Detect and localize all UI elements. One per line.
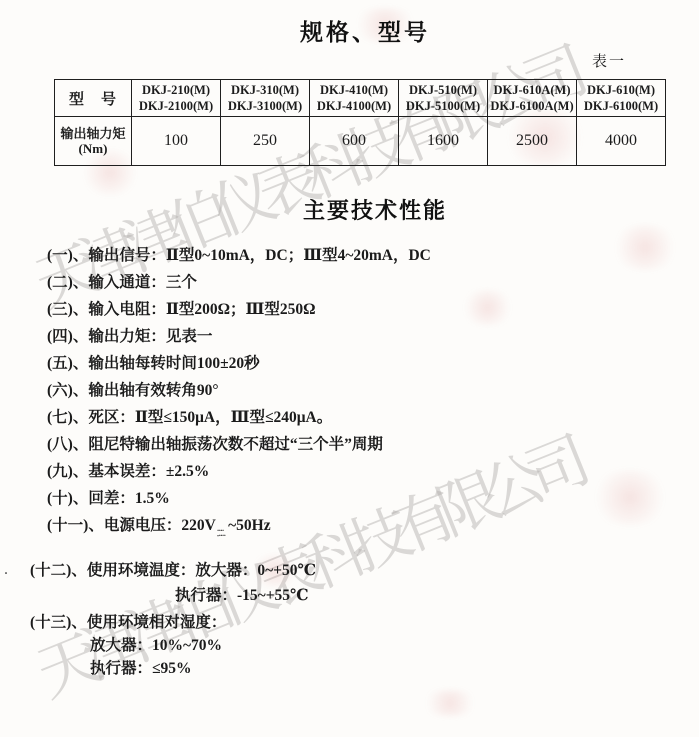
model-cell: DKJ-510(M) DKJ-5100(M) [399, 80, 488, 117]
model-row-header-cell: 型 号 [55, 80, 132, 117]
model-name: DKJ-610A(M) [489, 82, 575, 98]
voltage-tolerance-sub: -···· [217, 533, 225, 538]
model-name: DKJ-210(M) [133, 82, 219, 98]
model-name: DKJ-510(M) [400, 82, 486, 98]
spec-item-13-line2: 放大器：10%~70% [30, 637, 667, 655]
table-row: 型 号 DKJ-210(M) DKJ-2100(M) DKJ-310(M) DK… [55, 80, 666, 117]
model-name: DKJ-5100(M) [400, 98, 486, 114]
scanned-document-page: 天津津伯仪表科技有限公司 天津津伯仪表科技有限公司 规格、型号 表一 型 号 D… [0, 0, 699, 737]
model-cell: DKJ-610(M) DKJ-6100(M) [577, 80, 666, 117]
spec-item-10: (十)、回差：1.5% [47, 490, 667, 508]
model-cell: DKJ-410(M) DKJ-4100(M) [310, 80, 399, 117]
spec-item-11-text: (十一)、电源电压：220V [47, 517, 216, 534]
torque-value-cell: 600 [310, 117, 399, 166]
technical-spec-list: (一)、输出信号：Ⅱ型0~10mA，DC；Ⅲ型4~20mA，DC (二)、输入通… [47, 247, 667, 687]
model-name: DKJ-310(M) [222, 82, 308, 98]
table-row: 输出轴力矩 (Nm) 100 250 600 1600 2500 4000 [55, 117, 666, 166]
spec-item-11-suffix: ~50Hz [228, 517, 271, 534]
model-name: DKJ-6100A(M) [489, 98, 575, 114]
model-name: DKJ-3100(M) [222, 98, 308, 114]
spec-item-11: (十一)、电源电压：220V····-····~50Hz [47, 517, 667, 538]
model-name: DKJ-6100(M) [578, 98, 664, 114]
model-name: DKJ-610(M) [578, 82, 664, 98]
model-spec-table: 型 号 DKJ-210(M) DKJ-2100(M) DKJ-310(M) DK… [54, 79, 666, 166]
model-cell: DKJ-610A(M) DKJ-6100A(M) [488, 80, 577, 117]
spec-item-4: (四)、输出力矩：见表一 [47, 328, 667, 346]
model-row-header-label: 型 号 [69, 92, 117, 108]
spec-item-3: (三)、输入电阻：Ⅱ型200Ω；Ⅲ型250Ω [47, 301, 667, 319]
torque-row-header-label: 输出轴力矩 [56, 126, 130, 141]
page-title: 规格、型号 [0, 14, 699, 47]
torque-value-cell: 100 [132, 117, 221, 166]
torque-value-cell: 1600 [399, 117, 488, 166]
spec-item-12: · (十二)、使用环境温度：放大器：0~+50℃ 执行器：-15~+55℃ [30, 562, 667, 605]
spec-item-8: (八)、阻尼特输出轴振荡次数不超过“三个半”周期 [47, 436, 667, 454]
spec-item-2: (二)、输入通道：三个 [47, 274, 667, 292]
spec-item-13-line1: (十三)、使用环境相对湿度： [30, 614, 667, 632]
spec-item-7: (七)、死区：Ⅱ型≤150μA，Ⅲ型≤240μA。 [47, 409, 667, 427]
spec-item-9: (九)、基本误差：±2.5% [47, 463, 667, 481]
scan-dot-artifact: · [4, 564, 8, 582]
scan-noise-blot [420, 690, 480, 716]
torque-value-cell: 4000 [577, 117, 666, 166]
table-caption: 表一 [592, 50, 626, 71]
model-cell: DKJ-210(M) DKJ-2100(M) [132, 80, 221, 117]
torque-row-header-unit: (Nm) [56, 141, 130, 156]
spec-item-12-line2: 执行器：-15~+55℃ [30, 587, 667, 605]
spec-item-5: (五)、输出轴每转时间100±20秒 [47, 355, 667, 373]
spec-item-1: (一)、输出信号：Ⅱ型0~10mA，DC；Ⅲ型4~20mA，DC [47, 247, 667, 265]
spec-item-13: (十三)、使用环境相对湿度： 放大器：10%~70% 执行器：≤95% [30, 614, 667, 678]
torque-row-header-cell: 输出轴力矩 (Nm) [55, 117, 132, 166]
torque-value-cell: 250 [221, 117, 310, 166]
model-name: DKJ-2100(M) [133, 98, 219, 114]
spec-item-12-line1: (十二)、使用环境温度：放大器：0~+50℃ [30, 562, 667, 580]
spec-item-6: (六)、输出轴有效转角90° [47, 382, 667, 400]
model-name: DKJ-410(M) [311, 82, 397, 98]
model-name: DKJ-4100(M) [311, 98, 397, 114]
voltage-tolerance-dots: ····-···· [217, 528, 225, 538]
section-title: 主要技术性能 [0, 194, 699, 225]
spec-item-13-line3: 执行器：≤95% [30, 660, 667, 678]
torque-value-cell: 2500 [488, 117, 577, 166]
model-cell: DKJ-310(M) DKJ-3100(M) [221, 80, 310, 117]
